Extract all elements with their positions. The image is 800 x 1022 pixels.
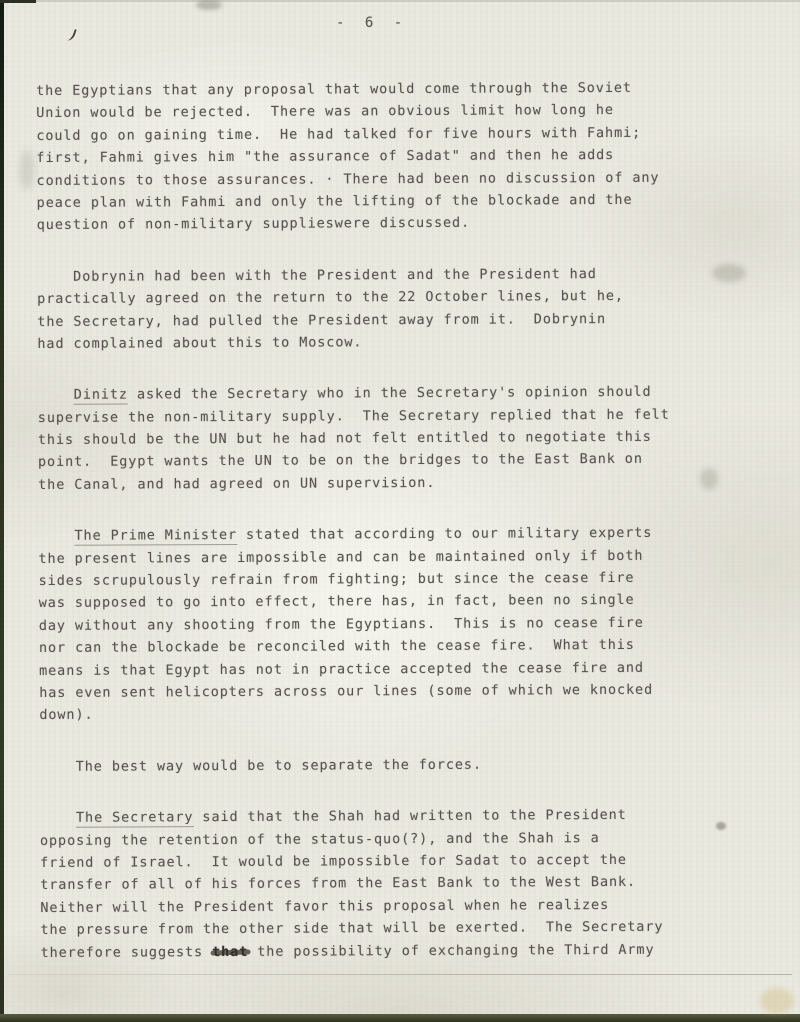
text-run: friend of Israel. It would be impossible… — [40, 852, 627, 871]
text-run: sides scrupulously refrain from fighting… — [39, 570, 635, 589]
document-line: therefore suggests that the possibility … — [41, 938, 761, 964]
text-run: conditions to those assurances. · There … — [36, 169, 659, 188]
text-run: nor can the blockade be reconciled with … — [39, 637, 635, 656]
document-line: The Prime Minister stated that according… — [38, 521, 758, 547]
text-run: has even sent helicopters across our lin… — [39, 682, 653, 701]
underlined-name: The Secretary — [76, 809, 193, 828]
document-body: the Egyptians that any proposal that wou… — [36, 76, 761, 993]
text-run: the pressure from the other side that wi… — [40, 919, 663, 938]
text-run: said that the Shah had written to the Pr… — [193, 807, 626, 825]
page-number: - 6 - — [336, 15, 408, 31]
text-run: therefore suggests — [41, 944, 213, 961]
underlined-name: The Prime Minister — [74, 527, 237, 546]
paragraph: Dobrynin had been with the President and… — [37, 262, 757, 355]
text-run: peace plan with Fahmi and only the lifti… — [37, 192, 633, 211]
pen-mark — [64, 27, 77, 42]
text-run: the present lines are impossible and can… — [38, 547, 643, 566]
document-line: has even sent helicopters across our lin… — [39, 678, 759, 704]
text-run: Union would be rejected. There was an ob… — [36, 102, 614, 121]
document-line: conditions to those assurances. · There … — [36, 166, 756, 192]
text-run: first, Fahmi gives him "the assurance of… — [36, 147, 614, 166]
document-line: had complained about this to Moscow. — [37, 329, 757, 355]
paragraph: The Secretary said that the Shah had wri… — [40, 803, 761, 964]
document-line: the pressure from the other side that wi… — [40, 915, 760, 941]
text-run — [38, 528, 74, 544]
text-run: day without any shooting from the Egypti… — [39, 615, 644, 634]
text-run: The best way would be to separate the fo… — [40, 756, 482, 774]
text-run: asked the Secretary who in the Secretary… — [128, 384, 652, 403]
text-run: question of non-military supplieswere di… — [37, 215, 470, 233]
text-run: stated that according to our military ex… — [237, 525, 652, 543]
paragraph: The best way would be to separate the fo… — [40, 752, 760, 778]
text-run — [40, 810, 76, 826]
text-run: the Secretary, had pulled the President … — [37, 311, 606, 330]
text-run — [38, 387, 74, 403]
paragraph: the Egyptians that any proposal that wou… — [36, 76, 757, 237]
document-line: the Canal, and had agreed on UN supervis… — [38, 470, 758, 496]
text-run: could go on gaining time. He had talked … — [36, 125, 641, 144]
text-run: the possibility of exchanging the Third … — [248, 941, 654, 959]
text-run: transfer of all of his forces from the E… — [40, 874, 636, 893]
document-line: down). — [39, 701, 759, 727]
document-line: this should be the UN but he had not fel… — [38, 425, 758, 451]
scanned-page: - 6 - the Egyptians that any proposal th… — [0, 0, 800, 1022]
text-run: down). — [39, 707, 93, 723]
shadow-smudge — [20, 150, 34, 190]
document-line: question of non-military supplieswere di… — [37, 211, 757, 237]
document-line: The best way would be to separate the fo… — [40, 752, 760, 778]
scan-top-edge — [0, 0, 800, 2]
struck-out-word: that — [212, 943, 248, 959]
document-line: Dinitz asked the Secretary who in the Se… — [38, 381, 758, 407]
text-run: means is that Egypt has not in practice … — [39, 659, 644, 678]
text-run: was supposed to go into effect, there ha… — [39, 592, 635, 611]
text-run: this should be the UN but he had not fel… — [38, 429, 652, 448]
text-run: point. Egypt wants the UN to be on the b… — [38, 451, 643, 470]
paragraph: The Prime Minister stated that according… — [38, 521, 759, 726]
text-run: Neither will the President favor this pr… — [40, 897, 609, 916]
paragraph: Dinitz asked the Secretary who in the Se… — [38, 381, 759, 497]
text-run: the Egyptians that any proposal that wou… — [36, 80, 632, 99]
text-run: the Canal, and had agreed on UN supervis… — [38, 475, 435, 493]
scan-top-left-corner — [0, 0, 36, 3]
text-run: opposing the retention of the status-quo… — [40, 830, 600, 849]
scan-left-edge — [0, 0, 4, 1022]
text-run: Dobrynin had been with the President and… — [37, 266, 597, 285]
text-run: supervise the non-military supply. The S… — [38, 406, 670, 425]
underlined-name: Dinitz — [74, 387, 128, 405]
text-run: practically agreed on the return to the … — [37, 288, 624, 307]
text-run: had complained about this to Moscow. — [37, 334, 362, 352]
scan-bottom-edge — [0, 1014, 800, 1022]
stain-smudge — [760, 988, 794, 1014]
